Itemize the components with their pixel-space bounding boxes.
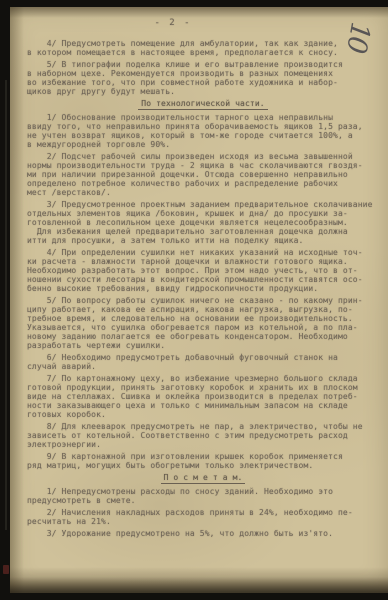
- paragraph: 5/ В типографии поделка клише и его вытр…: [27, 60, 379, 96]
- text-line: ми при наличии прирезанной дощечки. Отсю…: [27, 170, 379, 179]
- text-line: во избежание того, что при совместной ра…: [27, 78, 379, 87]
- section: 4/ Предусмотреть помещение для амбулатор…: [27, 39, 379, 96]
- paragraph: 2/ Подсчет рабочей силы произведен исход…: [27, 152, 379, 197]
- binding-mark: [3, 565, 9, 574]
- section-heading: П о с м е т а м.: [27, 473, 379, 482]
- paragraph: 3/ Удорожание предусмотрено на 5%, что д…: [27, 529, 379, 538]
- section-heading-text: По технологической части.: [138, 99, 267, 110]
- document-sections: 4/ Предусмотреть помещение для амбулатор…: [27, 39, 379, 541]
- text-line: итти для просушки, а затем только итти н…: [27, 236, 379, 245]
- text-line: в междугородней торговле 90%.: [27, 140, 379, 149]
- text-line: отдельных элементов ящика /боковин, крыш…: [27, 209, 379, 218]
- text-line: 3/ Удорожание предусмотрено на 5%, что д…: [27, 529, 379, 538]
- paragraph: 6/ Необходимо предусмотреть добавочный ф…: [27, 353, 379, 371]
- paragraph: 2/ Начисления накладных расходов приняты…: [27, 508, 379, 526]
- text-line: новому заданию полагается ее обогревать …: [27, 332, 379, 341]
- text-line: готовой продукции, принять заготовку кор…: [27, 383, 379, 392]
- text-line: ки расчета - влажности тарной дощечки и …: [27, 257, 379, 266]
- section: По технологической части. 1/ Обоснование…: [27, 99, 379, 470]
- paragraph: 1/ Непредусмотрены расходы по сносу здан…: [27, 487, 379, 505]
- text-line: в котором помещается в настоящее время, …: [27, 48, 379, 57]
- paragraph: 4/ Предусмотреть помещение для амбулатор…: [27, 39, 379, 57]
- text-line: виде на стеллажах. Сшивка и оклейка прои…: [27, 392, 379, 401]
- text-line: ципу работает, какова ее аспирация, како…: [27, 305, 379, 314]
- text-line: не учтен возврат ящиков, который в том-ж…: [27, 131, 379, 140]
- text-line: 2/ Подсчет рабочей силы произведен исход…: [27, 152, 379, 161]
- text-line: 1/ Непредусмотрены расходы по сносу здан…: [27, 487, 379, 496]
- paragraph: 5/ По вопросу работы сушилок ничего не с…: [27, 296, 379, 350]
- text-line: 5/ По вопросу работы сушилок ничего не с…: [27, 296, 379, 305]
- text-line: нормы производительности труда - 2 ящика…: [27, 161, 379, 170]
- section-heading-text: П о с м е т а м.: [161, 473, 246, 484]
- section: П о с м е т а м. 1/ Непредусмотрены расх…: [27, 473, 379, 538]
- text-line: 3/ Предусмотренное проектным заданием пр…: [27, 200, 379, 209]
- section-heading: По технологической части.: [27, 99, 379, 108]
- paragraph: 9/ В картонажной при изготовлении крышек…: [27, 452, 379, 470]
- text-line: бенно высокие требования, ввиду гидроско…: [27, 284, 379, 293]
- paragraph: 4/ При определении сушилки нет никаких у…: [27, 248, 379, 293]
- text-line: 5/ В типографии поделка клише и его вытр…: [27, 60, 379, 69]
- text-line: 4/ Предусмотреть помещение для амбулатор…: [27, 39, 379, 48]
- text-line: разработать чертежи сушилки.: [27, 341, 379, 350]
- text-line: случай аварий.: [27, 362, 379, 371]
- text-line: предусмотреть в смете.: [27, 496, 379, 505]
- paragraph: 1/ Обоснование производительности тарног…: [27, 113, 379, 149]
- paragraph: 8/ Для клееварок предусмотреть не пар, а…: [27, 422, 379, 449]
- text-line: в наборном цехе. Рекомендуется производи…: [27, 69, 379, 78]
- text-line: щиков друг другу будут мешать.: [27, 87, 379, 96]
- text-line: ряд матриц, могущих быть обогретыми толь…: [27, 461, 379, 470]
- text-line: Для избежания щелей предварительно загот…: [27, 227, 379, 236]
- text-line: готовых коробок.: [27, 410, 379, 419]
- text-line: 7/ По картонажному цеху, во избежание чр…: [27, 374, 379, 383]
- text-line: 6/ Необходимо предусмотреть добавочный ф…: [27, 353, 379, 362]
- page-number: - 2 -: [0, 18, 362, 28]
- paragraph: 7/ По картонажному цеху, во избежание чр…: [27, 374, 379, 419]
- text-line: мест /верстаков/.: [27, 188, 379, 197]
- paragraph: 3/ Предусмотренное проектным заданием пр…: [27, 200, 379, 245]
- text-line: зависеть от котельной. Соответственно с …: [27, 431, 379, 440]
- text-line: готовленной в лесопильном цехе дощечки я…: [27, 218, 379, 227]
- text-line: требное время, и следовательно на основа…: [27, 314, 379, 323]
- text-line: Указывается, что сушилка обогревается па…: [27, 323, 379, 332]
- scan-background: { "page": { "page_number": "- 2 -", "han…: [0, 0, 388, 600]
- text-line: определено потребное количество рабочих …: [27, 179, 379, 188]
- page-bottom-edge: [10, 577, 388, 593]
- text-line: электроэнергии.: [27, 440, 379, 449]
- scanned-page: - 2 - 10 4/ Предусмотреть помещение для …: [10, 7, 388, 593]
- text-line: 2/ Начисления накладных расходов приняты…: [27, 508, 379, 517]
- text-line: ввиду того, что неправильно принята обор…: [27, 122, 379, 131]
- text-line: 4/ При определении сушилки нет никаких у…: [27, 248, 379, 257]
- text-line: 8/ Для клееварок предусмотреть не пар, а…: [27, 422, 379, 431]
- background-page-edge: [5, 80, 7, 530]
- text-line: ношении сухости лесотары в кондитерской …: [27, 275, 379, 284]
- text-line: 9/ В картонажной при изготовлении крышек…: [27, 452, 379, 461]
- text-line: Необходимо разработать этот вопрос. При …: [27, 266, 379, 275]
- text-line: ресчитать на 21%.: [27, 517, 379, 526]
- text-line: 1/ Обоснование производительности тарног…: [27, 113, 379, 122]
- text-line: ности заказывающего цеха и только с мини…: [27, 401, 379, 410]
